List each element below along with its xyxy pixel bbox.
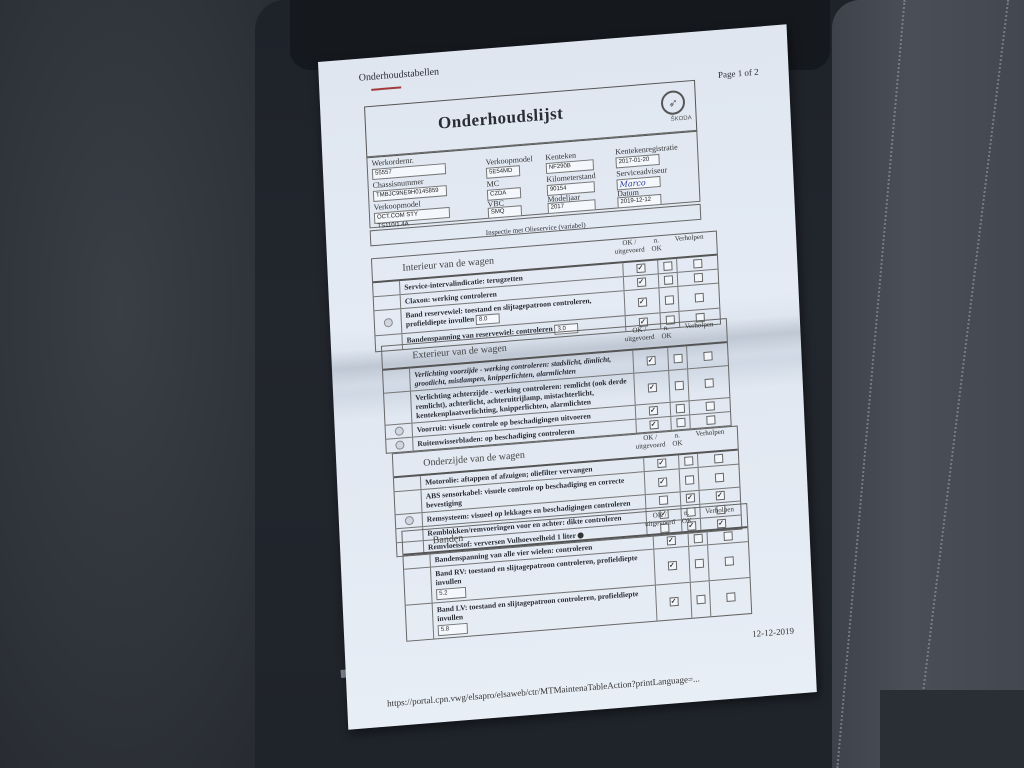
checkbox-ok[interactable]: ✓ (648, 406, 657, 416)
cell-nok (671, 401, 691, 416)
checkbox-fix[interactable] (713, 454, 722, 464)
col-nok-header: n. OK (658, 323, 675, 340)
col-ok-header: OK / uitgevoerd (643, 510, 678, 529)
header-link: Onderhoudstabellen (359, 66, 440, 83)
cell-fix (699, 465, 740, 490)
checkbox-nok[interactable] (675, 404, 684, 414)
cell-nok (658, 259, 678, 274)
checkbox-nok[interactable] (674, 381, 683, 391)
checkbox-fix[interactable] (703, 351, 712, 361)
col-ok-header: OK / uitgevoerd (633, 432, 668, 451)
cell-fix (678, 284, 719, 311)
checkbox-fix[interactable] (714, 472, 723, 482)
header-accent-line (371, 86, 401, 90)
checkbox-fix[interactable] (693, 273, 702, 283)
cell-nok (689, 531, 709, 546)
checkbox-fix[interactable] (723, 531, 732, 541)
checkbox-fix[interactable] (694, 292, 703, 302)
checkbox-nok[interactable] (684, 456, 693, 466)
checkbox-nok[interactable] (693, 534, 702, 544)
checkbox-ok[interactable]: ✓ (636, 263, 645, 273)
page-number: Page 1 of 2 (718, 67, 759, 80)
cell-ok: ✓ (633, 348, 669, 373)
row-gutter (404, 568, 433, 605)
marker-icon (394, 426, 403, 436)
section-title: Onderzijde van de wagen (423, 450, 525, 469)
cell-ok: ✓ (634, 371, 670, 405)
col-fix-header: Verholpen (689, 427, 731, 438)
checkbox-ok[interactable]: ✓ (667, 561, 676, 571)
cell-nok: ✓ (681, 491, 701, 506)
col-nok-header: n. OK (648, 236, 665, 253)
row-gutter (386, 424, 414, 439)
cell-nok (669, 369, 689, 402)
col-nok-header: n. OK (669, 431, 686, 448)
row-gutter (374, 295, 402, 310)
row-gutter (383, 369, 411, 393)
checkbox-nok[interactable] (664, 295, 673, 305)
field-datum: 2019-12-12 (617, 194, 661, 209)
col-nok-header: n. OK (678, 508, 695, 525)
col-ok-header: OK / uitgevoerd (622, 325, 657, 344)
skoda-winged-arrow-icon: ➶ (660, 90, 685, 116)
profile-depth-field: 5.2 (436, 587, 466, 600)
cell-ok: ✓ (654, 547, 690, 585)
section-title: Exterieur van de wagen (412, 343, 507, 362)
cell-fix (688, 366, 729, 400)
checkbox-nok[interactable] (696, 595, 705, 605)
checkbox-ok[interactable]: ✓ (657, 458, 666, 468)
cell-fix (708, 542, 749, 580)
print-date: 12-12-2019 (752, 626, 794, 639)
cell-fix (687, 343, 728, 368)
checkbox-nok[interactable] (684, 475, 693, 485)
cell-nok (679, 454, 699, 469)
col-fix-header: Verholpen (698, 505, 740, 516)
checkbox-ok[interactable]: ✓ (669, 597, 678, 607)
cell-nok (659, 287, 679, 313)
col-ok-header: OK / uitgevoerd (612, 237, 647, 256)
checkbox-ok[interactable]: ✓ (658, 477, 667, 487)
checkbox-nok[interactable]: ✓ (685, 493, 694, 503)
cell-nok (668, 346, 688, 370)
checkbox-ok[interactable]: ✓ (649, 420, 658, 430)
cell-nok (659, 273, 679, 288)
checkbox-fix[interactable] (726, 592, 735, 602)
checkbox-fix[interactable] (693, 259, 702, 269)
row-gutter (406, 604, 435, 641)
checkbox-nok[interactable] (694, 559, 703, 569)
checkbox-fix[interactable] (706, 415, 715, 425)
field-vbc: SMQ (488, 205, 522, 219)
checkbox-ok[interactable]: ✓ (637, 297, 646, 307)
cell-nok (671, 415, 691, 430)
checkbox-nok[interactable] (676, 418, 685, 428)
section-title: Interieur van de wagen (402, 256, 494, 274)
row-gutter (373, 281, 401, 296)
cell-ok: ✓ (645, 469, 681, 494)
profile-depth-field: 8.0 (476, 313, 500, 325)
label-mc: MC (486, 179, 499, 189)
cell-nok (689, 545, 710, 582)
field-verkoopmodel: 5E54MD (486, 165, 520, 179)
seat-bottom-right (880, 690, 1024, 768)
cell-nok (691, 581, 712, 618)
row-gutter (374, 309, 402, 335)
cell-fix (710, 578, 751, 616)
checkbox-ok[interactable]: ✓ (636, 277, 645, 287)
brand-name: ŠKODA (671, 115, 692, 123)
checkbox-nok[interactable] (663, 261, 672, 271)
checkbox-fix[interactable] (724, 556, 733, 566)
checkbox-ok[interactable]: ✓ (666, 536, 675, 546)
cell-nok (680, 468, 700, 492)
paper-sheet: Onderhoudstabellen Page 1 of 2 Onderhoud… (318, 24, 817, 729)
checkbox-fix[interactable] (704, 378, 713, 388)
cell-ok: ✓ (625, 288, 661, 315)
row-gutter (384, 392, 412, 425)
checkbox-fix[interactable] (705, 401, 714, 411)
checkbox-ok[interactable]: ✓ (647, 383, 656, 393)
profile-depth-field: 5.8 (438, 623, 468, 636)
marker-icon (395, 440, 404, 450)
section-title: Banden (433, 533, 464, 546)
print-url: https://portal.cpn.vwg/elsapro/elsaweb/c… (387, 673, 700, 708)
row-gutter (386, 438, 414, 453)
col-fix-header: Verholpen (668, 232, 710, 243)
checkbox-ok[interactable]: ✓ (646, 355, 655, 365)
cell-ok: ✓ (656, 583, 692, 621)
document-title: Onderhoudslijst (366, 98, 636, 140)
row-gutter (403, 554, 431, 569)
marker-icon (383, 317, 392, 327)
checkbox-fix[interactable]: ✓ (715, 491, 724, 501)
row-gutter (395, 490, 423, 514)
row-gutter (396, 513, 424, 528)
checkbox-ok[interactable] (658, 495, 667, 505)
checkbox-nok[interactable] (673, 353, 682, 363)
col-fix-header: Verholpen (678, 320, 720, 331)
marker-icon (404, 516, 413, 526)
checkbox-nok[interactable] (663, 275, 672, 285)
row-gutter (394, 476, 422, 491)
maintenance-document: Onderhoudstabellen Page 1 of 2 Onderhoud… (318, 24, 817, 726)
